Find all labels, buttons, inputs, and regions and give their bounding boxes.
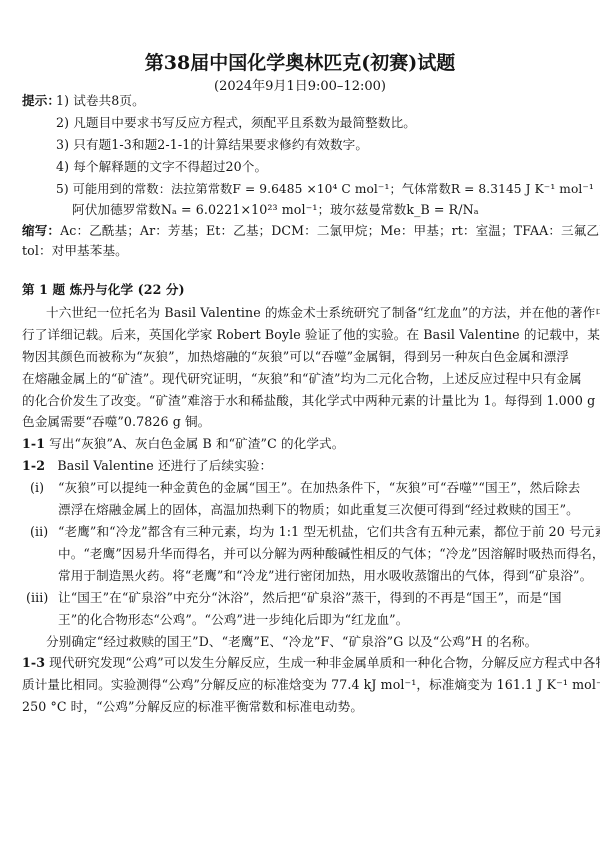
sub-item-line: 让“国王”在“矿泉浴”中充分“沐浴”，然后把“矿泉浴”蒸干，得到的不再是“国王”… bbox=[58, 590, 562, 606]
exam-date: (2024年9月1日9:00–12:00) bbox=[22, 75, 578, 94]
note-item: 阿伏加德罗常数Nₐ = 6.0221×10²³ mol⁻¹；玻尔兹曼常数k_B … bbox=[72, 202, 479, 218]
sub-item-line: 王”的化合物形态“公鸡”。“公鸡”进一步纯化后即为“红龙血”。 bbox=[58, 612, 408, 628]
paragraph-line: 色金属需要“吞噬”0.7826 g 铜。 bbox=[22, 414, 210, 430]
sub-item-line: “灰狼”可以提纯一种金黄色的金属“国王”。在加热条件下，“灰狼”可“吞噬”“国王… bbox=[58, 480, 580, 496]
question-number: 1-3 bbox=[22, 655, 45, 670]
question-1-1: 1-1 写出“灰狼”A、灰白色金属 B 和“矿渣”C 的化学式。 bbox=[22, 436, 344, 452]
page-title: 第38届中国化学奥林匹克(初赛)试题 bbox=[22, 48, 578, 75]
paragraph-line: 250 °C 时，“公鸡”分解反应的标准平衡常数和标准电动势。 bbox=[22, 699, 363, 715]
question-1-2: 1-2 Basil Valentine 还进行了后续实验： bbox=[22, 458, 272, 474]
note-item: 2) 凡题目中要求书写反应方程式，须配平且系数为最简整数比。 bbox=[56, 115, 416, 131]
paragraph-line: 的化合价发生了改变。“矿渣”难溶于水和稀盐酸，其化学式中两种元素的计量比为 1。… bbox=[22, 393, 600, 409]
paragraph-line: 质计量比相同。实验测得“公鸡”分解反应的标准焓变为 77.4 kJ mol⁻¹，… bbox=[22, 677, 600, 693]
sub-item-line: 漂浮在熔融金属上的固体，高温加热剩下的物质；如此重复三次便可得到“经过救赎的国王… bbox=[58, 502, 579, 518]
note-item: 3) 只有题1-3和题2-1-1的计算结果要求修约有效数字。 bbox=[56, 137, 368, 153]
sub-item-number: (iii) bbox=[26, 590, 48, 606]
note-item: 4) 每个解释题的文字不得超过20个。 bbox=[56, 159, 267, 175]
abbreviations-label: 缩写： bbox=[22, 223, 60, 238]
question-text: 现代研究发现“公鸡”可以发生分解反应，生成一种非金属单质和一种化合物，分解反应方… bbox=[49, 655, 600, 670]
question-text: 写出“灰狼”A、灰白色金属 B 和“矿渣”C 的化学式。 bbox=[49, 436, 344, 451]
paragraph-line: 在熔融金属上的“矿渣”。现代研究证明，“灰狼”和“矿渣”均为二元化合物，上述反应… bbox=[22, 371, 582, 387]
question-number: 1-1 bbox=[22, 436, 45, 451]
abbreviations-text: tol：对甲基苯基。 bbox=[22, 243, 128, 259]
sub-item-line: 常用于制造黑火药。将“老鹰”和“冷龙”进行密闭加热，用水吸收蒸馏出的气体，得到“… bbox=[58, 568, 592, 584]
note-item: 1) 试卷共8页。 bbox=[56, 93, 145, 109]
question-1-2-task: 分别确定“经过救赎的国王”D、“老鹰”E、“冷龙”F、“矿泉浴”G 以及“公鸡”… bbox=[46, 634, 537, 650]
question-number: 1-2 bbox=[22, 458, 45, 473]
question-text: Basil Valentine 还进行了后续实验： bbox=[57, 458, 272, 473]
paragraph-line: 物因其颜色而被称为“灰狼”，加热熔融的“灰狼”可以“吞噬”金属铜，得到另一种灰白… bbox=[22, 349, 569, 365]
sub-item-line: “老鹰”和“冷龙”都含有三种元素，均为 1:1 型无机盐，它们共含有五种元素，都… bbox=[58, 524, 600, 540]
sub-item-number: (i) bbox=[30, 480, 44, 496]
question-1-3: 1-3 现代研究发现“公鸡”可以发生分解反应，生成一种非金属单质和一种化合物，分… bbox=[22, 655, 600, 671]
abbreviations-text: Ac：乙酰基；Ar：芳基；Et：乙基；DCM：二氯甲烷；Me：甲基；rt：室温；… bbox=[60, 223, 600, 238]
question-1-heading: 第 1 题 炼丹与化学 (22 分) bbox=[22, 282, 185, 298]
abbreviations: 缩写：Ac：乙酰基；Ar：芳基；Et：乙基；DCM：二氯甲烷；Me：甲基；rt：… bbox=[22, 223, 600, 239]
sub-item-line: 中。“老鹰”因易升华而得名，并可以分解为两种酸碱性相反的气体；“冷龙”因溶解时吸… bbox=[58, 546, 600, 562]
notes-label: 提示： bbox=[22, 93, 60, 109]
paragraph-line: 十六世纪一位托名为 Basil Valentine 的炼金术士系统研究了制备“红… bbox=[46, 305, 600, 321]
note-item: 5) 可能用到的常数：法拉第常数F = 9.6485 ×10⁴ C mol⁻¹；… bbox=[56, 181, 594, 197]
paragraph-line: 行了详细记载。后来，英国化学家 Robert Boyle 验证了他的实验。在 B… bbox=[22, 327, 600, 343]
sub-item-number: (ii) bbox=[30, 524, 48, 540]
